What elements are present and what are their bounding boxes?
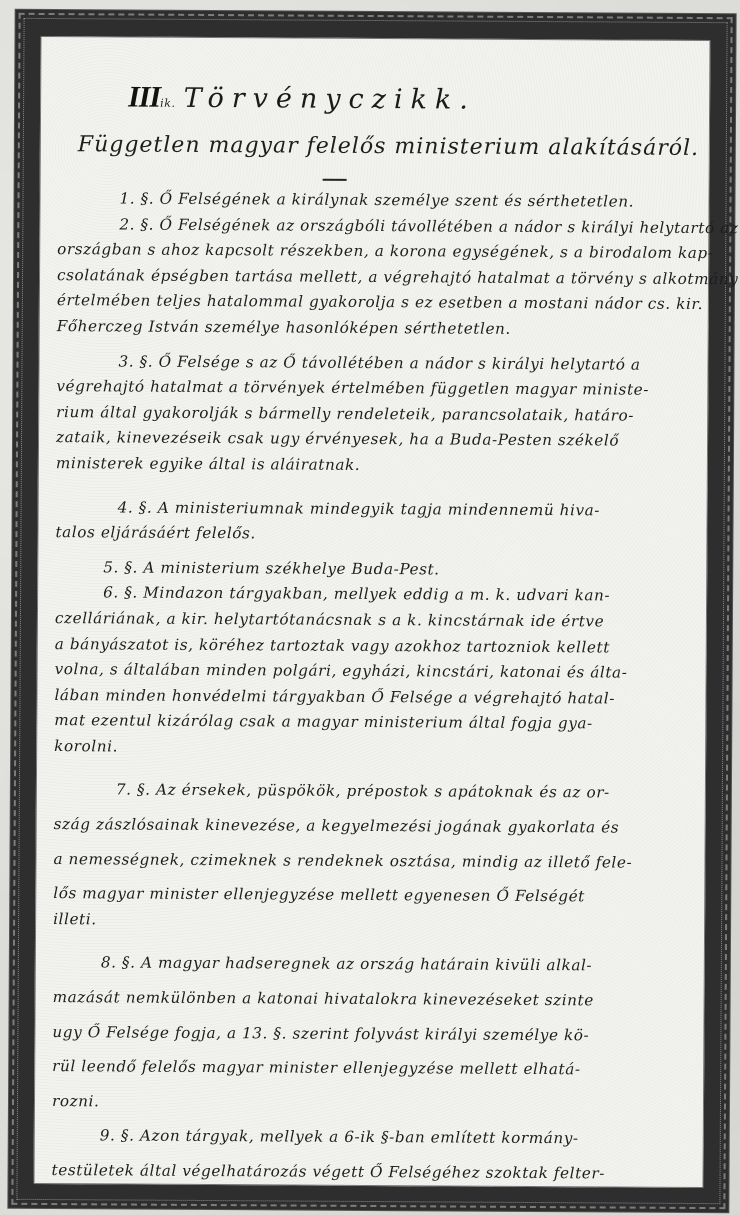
- text-line: 3. §. Ő Felsége s az Ő távollétében a ná…: [56, 349, 696, 379]
- text-line: ugy Ő Felsége fogja, a 13. §. szerint fo…: [52, 1020, 692, 1050]
- text-line: rozni.: [52, 1089, 692, 1119]
- text-line: 7. §. Az érsekek, püspökök, prépostok s …: [54, 778, 694, 808]
- text-line: 4. §. A ministeriumnak mindegyik tagja m…: [56, 495, 696, 525]
- title-divider: [323, 179, 347, 181]
- text-line: korolni.: [54, 734, 694, 764]
- text-line: lős magyar minister ellenjegyzése mellet…: [53, 881, 693, 911]
- text-line: 8. §. A magyar hadseregnek az ország hat…: [53, 950, 693, 980]
- text-line: lában minden honvédelmi tárgyakban Ő Fel…: [54, 683, 694, 713]
- text-line: talos eljárásáért felelős.: [55, 520, 695, 550]
- text-line: illeti.: [53, 907, 693, 937]
- text-line: a nemességnek, czimeknek s rendeknek osz…: [53, 847, 693, 877]
- title-superscript: ik.: [160, 97, 176, 110]
- text-line: 5. §. A ministerium székhelye Buda-Pest.: [55, 555, 695, 585]
- text-line: a bányászatot is, köréhez tartoztak vagy…: [55, 632, 695, 662]
- section-1: 1. §. Ő Felségének a királynak személye …: [57, 186, 697, 216]
- text-line: szág zászlósainak kinevezése, a kegyelme…: [54, 812, 694, 842]
- law-subtitle: Független magyar felelős ministerium ala…: [78, 132, 699, 161]
- text-line: testületek által végelhatározás végett Ő…: [51, 1158, 691, 1188]
- section-5: 5. §. A ministerium székhelye Buda-Pest.: [55, 555, 695, 585]
- section-9: 9. §. Azon tárgyak, mellyek a 6-ik §-ban…: [51, 1123, 691, 1187]
- text-line: Főherczeg István személye hasonlóképen s…: [57, 314, 697, 344]
- text-line: volna, s általában minden polgári, egyhá…: [55, 657, 695, 687]
- section-3: 3. §. Ő Felsége s az Ő távollétében a ná…: [56, 349, 697, 481]
- title-word: Törvényczikk.: [184, 83, 476, 116]
- section-4: 4. §. A ministeriumnak mindegyik tagja m…: [55, 495, 695, 550]
- text-line: ministerek egyike által is aláiratnak.: [56, 451, 696, 481]
- text-line: 9. §. Azon tárgyak, mellyek a 6-ik §-ban…: [52, 1123, 692, 1153]
- law-body: 1. §. Ő Felségének a királynak személye …: [51, 186, 697, 1187]
- text-line: végrehajtó hatalmat a törvények értelméb…: [56, 374, 696, 404]
- section-2: 2. §. Ő Felségének az országbóli távollé…: [57, 212, 698, 344]
- manuscript-page: III ik. Törvényczikk. Független magyar f…: [33, 36, 710, 1188]
- text-line: zataik, kinevezéseik csak ugy érvényesek…: [56, 425, 696, 455]
- ornamental-frame: III ik. Törvényczikk. Független magyar f…: [8, 10, 735, 1212]
- text-line: 1. §. Ő Felségének a királynak személye …: [57, 186, 697, 216]
- section-6: 6. §. Mindazon tárgyakban, mellyek eddig…: [54, 580, 695, 763]
- section-8: 8. §. A magyar hadseregnek az ország hat…: [52, 950, 693, 1118]
- text-line: országban s ahoz kapcsolt részekben, a k…: [57, 237, 697, 267]
- title-numeral: III: [128, 81, 160, 115]
- text-line: rium által gyakorolják s bármelly rendel…: [56, 400, 696, 430]
- text-line: 2. §. Ő Felségének az országbóli távollé…: [57, 212, 697, 242]
- text-line: csolatának épségben tartása mellett, a v…: [57, 263, 697, 293]
- section-7: 7. §. Az érsekek, püspökök, prépostok s …: [53, 778, 694, 937]
- law-title: III ik. Törvényczikk.: [128, 81, 476, 117]
- text-line: mazását nemkülönben a katonai hivatalokr…: [53, 985, 693, 1015]
- text-line: rül leendő felelős magyar minister ellen…: [52, 1054, 692, 1084]
- text-line: értelmében teljes hatalommal gyakorolja …: [57, 288, 697, 318]
- text-line: 6. §. Mindazon tárgyakban, mellyek eddig…: [55, 580, 695, 610]
- text-line: czelláriának, a kir. helytartótanácsnak …: [55, 606, 695, 636]
- text-line: mat ezentul kizárólag csak a magyar mini…: [54, 708, 694, 738]
